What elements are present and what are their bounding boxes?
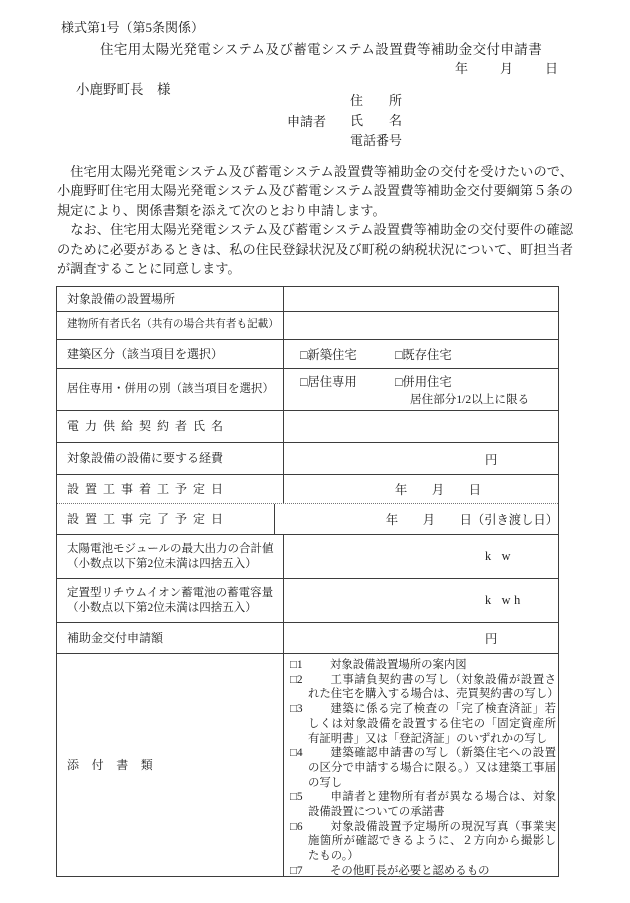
checkbox-attachment-3: □3 (290, 702, 330, 717)
attachment-item-6: □6対象設備設置予定場所の現況写真（事業実施箇所が確認できるように、２方向から撮… (290, 820, 556, 864)
end-date-field: 年 月 日（引き渡し日） (275, 510, 558, 528)
attachment-item-5: □5申請者と建物所有者が異なる場合は、対象設備設置についての承諾書 (290, 790, 556, 819)
installation-location-label: 対象設備の設置場所 (67, 292, 278, 307)
attachment-item-7: □7その他町長が必要と認めるもの (290, 864, 556, 879)
name-label: 氏 名 (350, 111, 402, 131)
construction-start-label: 設置工事着工予定日 (67, 482, 278, 497)
address-label: 住 所 (350, 91, 402, 111)
attachment-item-1: □1対象設備設置場所の案内図 (290, 658, 556, 673)
row-subsidy-amount: 補助金交付申請額 円 (57, 623, 558, 654)
attachments-list: □1対象設備設置場所の案内図 □2工事請負契約書の写し（対象設備が設置された住宅… (290, 658, 556, 879)
row-construction-start: 設置工事着工予定日 年 月 日 (57, 475, 558, 504)
phone-label: 電話番号 (350, 131, 402, 151)
date-line: 年 月 日 (455, 58, 558, 77)
construction-end-label: 設置工事完了予定日 (67, 512, 269, 527)
year-label: 年 (455, 58, 468, 77)
subsidy-amount-label: 補助金交付申請額 (67, 631, 278, 646)
row-equipment-cost: 対象設備の設備に要する経費 円 (57, 443, 558, 475)
building-owner-label: 建物所有者氏名（共有の場合共有者も記載） (67, 318, 278, 333)
attachment-text-3: 建築に係る完了検査の「完了検査済証」若しくは対象設備を設置する住宅の「固定資産所… (308, 703, 556, 744)
kw-unit: k w (284, 549, 558, 564)
row-installation-location: 対象設備の設置場所 (57, 287, 558, 312)
checkbox-attachment-5: □5 (290, 790, 330, 805)
attachment-text-6: 対象設備設置予定場所の現況写真（事業実施箇所が確認できるように、２方向から撮影し… (308, 821, 556, 862)
residence-type-label: 居住専用・併用の別（該当項目を選択） (67, 382, 278, 397)
checkbox-attachment-7: □7 (290, 864, 330, 879)
power-contractor-label: 電力供給契約者氏名 (67, 419, 278, 434)
row-construction-category: 建築区分（該当項目を選択） □新築住宅 □既存住宅 (57, 340, 558, 369)
checkbox-attachment-6: □6 (290, 820, 330, 835)
attachment-text-4: 建築確認申請書の写し（新築住宅への設置の区分で申請する場合に限る。）又は建築工事… (308, 747, 556, 788)
equipment-cost-label: 対象設備の設備に要する経費 (67, 451, 278, 466)
attachments-label: 添付書類 (67, 758, 278, 773)
building-owner-field (284, 312, 558, 339)
attachment-item-2: □2工事請負契約書の写し（対象設備が設置された住宅を購入する場合は、売買契約書の… (290, 673, 556, 702)
start-date-field: 年 月 日 (284, 480, 558, 498)
applicant-fields: 住 所 氏 名 電話番号 (350, 91, 402, 151)
row-building-owner: 建物所有者氏名（共有の場合共有者も記載） (57, 312, 558, 340)
day-label: 日 (545, 58, 558, 77)
construction-category-label: 建築区分（該当項目を選択） (67, 347, 278, 362)
checkbox-attachment-4: □4 (290, 746, 330, 761)
consent-paragraph: なお、住宅用太陽光発電システム及び蓄電システム設置費等補助金の交付要件の確認のた… (57, 220, 573, 278)
form-number: 様式第1号（第5条関係） (61, 17, 204, 36)
mixed-use-note: 居住部分1/2以上に限る (410, 391, 558, 407)
checkbox-new-house: □新築住宅 (300, 345, 395, 363)
month-label: 月 (500, 58, 513, 77)
checkbox-mixed-use: □併用住宅 (395, 372, 452, 390)
attachment-text-7: その他町長が必要と認めるもの (330, 865, 489, 877)
attachment-text-5: 申請者と建物所有者が異なる場合は、対象設備設置についての承諾書 (308, 791, 556, 818)
document-title: 住宅用太陽光発電システム及び蓄電システム設置費等補助金交付申請書 (100, 38, 542, 58)
applicant-label: 申請者 (287, 111, 326, 130)
checkbox-attachment-2: □2 (290, 673, 330, 688)
battery-capacity-label: 定置型リチウムイオン蓄電池の蓄電容量 (67, 586, 278, 601)
power-contractor-field (284, 411, 558, 442)
addressee: 小鹿野町長 様 (76, 78, 171, 98)
application-table: 対象設備の設置場所 建物所有者氏名（共有の場合共有者も記載） 建築区分（該当項目… (56, 286, 559, 877)
attachment-text-2: 工事請負契約書の写し（対象設備が設置された住宅を購入する場合は、売買契約書の写し… (308, 674, 559, 701)
application-form-page: 様式第1号（第5条関係） 住宅用太陽光発電システム及び蓄電システム設置費等補助金… (0, 0, 630, 903)
checkbox-residential-only: □居住専用 (300, 372, 395, 390)
attachment-item-4: □4建築確認申請書の写し（新築住宅への設置の区分で申請する場合に限る。）又は建築… (290, 746, 556, 790)
pv-output-label: 太陽電池モジュールの最大出力の合計値 (67, 542, 278, 557)
checkbox-existing-house: □既存住宅 (395, 345, 452, 363)
pv-output-sublabel: （小数点以下第2位未満は四捨五入） (67, 557, 278, 572)
row-pv-output: 太陽電池モジュールの最大出力の合計値 （小数点以下第2位未満は四捨五入） k w (57, 535, 558, 579)
attachment-text-1: 対象設備設置場所の案内図 (330, 659, 467, 671)
request-paragraph: 住宅用太陽光発電システム及び蓄電システム設置費等補助金の交付を受けたいので、小鹿… (57, 162, 573, 220)
kwh-unit: k wh (284, 593, 558, 608)
checkbox-attachment-1: □1 (290, 658, 330, 673)
yen-unit: 円 (284, 450, 558, 468)
body-text: 住宅用太陽光発電システム及び蓄電システム設置費等補助金の交付を受けたいので、小鹿… (57, 162, 573, 278)
row-attachments: 添付書類 □1対象設備設置場所の案内図 □2工事請負契約書の写し（対象設備が設置… (57, 654, 558, 876)
row-construction-end: 設置工事完了予定日 年 月 日（引き渡し日） (57, 504, 558, 535)
attachment-item-3: □3建築に係る完了検査の「完了検査済証」若しくは対象設備を設置する住宅の「固定資… (290, 702, 556, 746)
row-residence-type: 居住専用・併用の別（該当項目を選択） □居住専用 □併用住宅 居住部分1/2以上… (57, 369, 558, 411)
battery-capacity-sublabel: （小数点以下第2位未満は四捨五入） (67, 601, 278, 616)
row-power-contractor: 電力供給契約者氏名 (57, 411, 558, 443)
row-battery-capacity: 定置型リチウムイオン蓄電池の蓄電容量 （小数点以下第2位未満は四捨五入） k w… (57, 579, 558, 623)
installation-location-field (284, 287, 558, 311)
yen-unit: 円 (284, 629, 558, 647)
